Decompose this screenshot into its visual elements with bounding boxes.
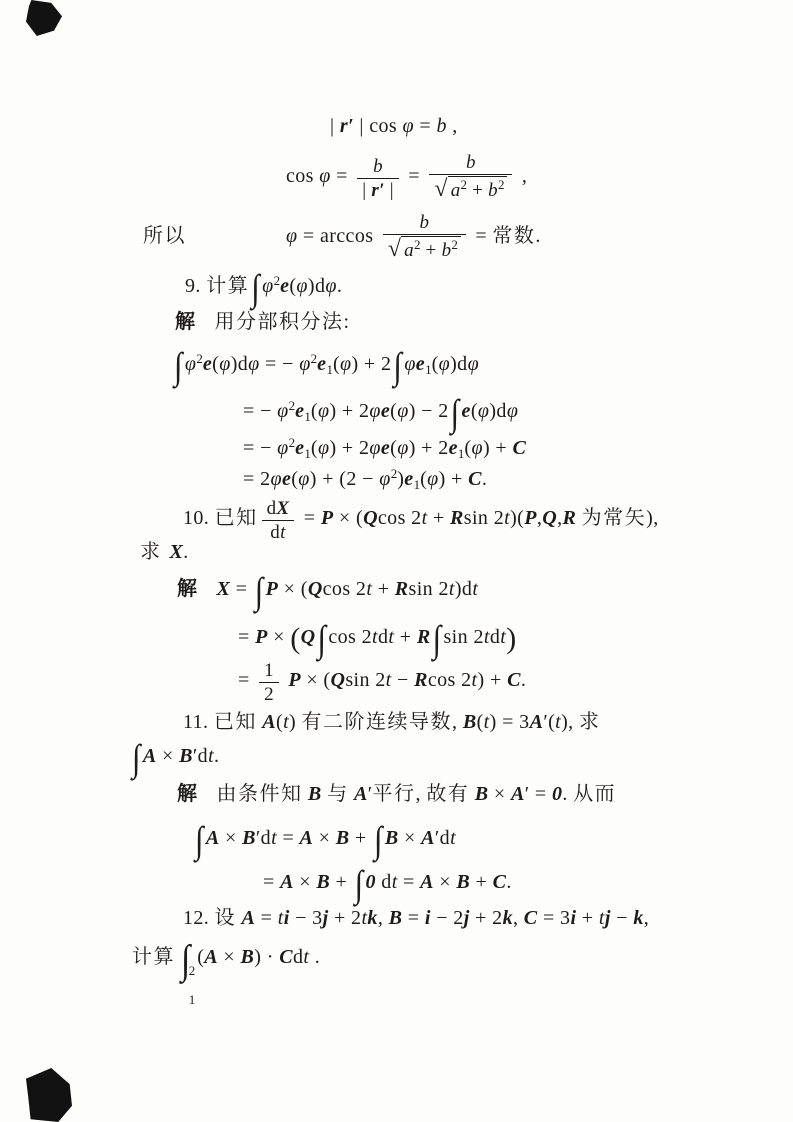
math-text: + 2 bbox=[329, 907, 362, 929]
math-text: φ bbox=[478, 400, 489, 422]
fraction: dXdt bbox=[262, 498, 295, 544]
fraction: 12 bbox=[259, 660, 279, 706]
math-text: 0 bbox=[365, 871, 375, 893]
math-text: C bbox=[524, 907, 538, 929]
math-text: d bbox=[378, 626, 388, 648]
math-text: 10. bbox=[183, 507, 215, 529]
math-text: = bbox=[403, 165, 425, 187]
math-text: cos 2 bbox=[328, 626, 372, 648]
math-text: e bbox=[203, 353, 212, 375]
math-text: . bbox=[309, 946, 320, 968]
cjk-text: 计算 bbox=[206, 275, 249, 297]
math-text: = bbox=[331, 165, 353, 187]
math-text: e bbox=[381, 437, 390, 459]
math-text: ) + (2 − bbox=[310, 468, 379, 490]
math-text: e bbox=[280, 275, 289, 297]
math-text: 9. bbox=[185, 275, 206, 297]
math-text: ) + 2 bbox=[409, 437, 449, 459]
math-text: φ bbox=[296, 275, 307, 297]
math-text: B bbox=[242, 827, 256, 849]
math-text: . bbox=[562, 783, 573, 805]
integral-sign: ∫ bbox=[374, 821, 383, 859]
cjk-text: 有二阶连续导数 bbox=[302, 711, 453, 733]
math-text: = − bbox=[243, 437, 277, 459]
math-text: b bbox=[442, 240, 452, 261]
math-text: ( bbox=[471, 400, 478, 422]
superscript: 2 bbox=[498, 177, 505, 192]
math-text: × bbox=[220, 827, 242, 849]
formula-line: = A × B + ∫0 dt = A × B + C. bbox=[263, 868, 512, 899]
formula-line: ∫φ2e(φ)dφ = − φ2e1(φ) + 2∫φe1(φ)dφ bbox=[172, 350, 479, 381]
math-text: sin 2 bbox=[464, 507, 504, 529]
math-text: ( bbox=[311, 400, 318, 422]
math-text: − 2 bbox=[431, 907, 464, 929]
cjk-text: 计算 bbox=[132, 946, 175, 968]
cjk-text: 求 bbox=[140, 541, 162, 563]
math-text: φ bbox=[403, 115, 414, 137]
math-text: = bbox=[398, 871, 420, 893]
math-text: × ( bbox=[301, 669, 331, 691]
math-text: P bbox=[255, 626, 268, 648]
fraction-numerator: b bbox=[383, 212, 466, 235]
math-text: d bbox=[270, 522, 280, 543]
math-text: r′ bbox=[340, 115, 354, 137]
math-text: φ bbox=[404, 353, 415, 375]
math-text: = − bbox=[243, 400, 277, 422]
math-text: ) bbox=[289, 711, 301, 733]
integral-sign: ∫ bbox=[451, 394, 460, 432]
scanned-page: | r′ | cos φ = b ,cos φ = b| r′ | = b√a2… bbox=[0, 0, 793, 1122]
math-text: e bbox=[282, 468, 291, 490]
math-text: t bbox=[280, 522, 286, 543]
formula-line: = − φ2e1(φ) + 2φe(φ) + 2e1(φ) + C bbox=[243, 435, 526, 462]
fraction: b| r′ | bbox=[357, 156, 399, 202]
integral-sign: ∫ bbox=[255, 572, 264, 610]
math-text: | bbox=[362, 180, 371, 201]
math-text: ) · bbox=[254, 946, 279, 968]
math-text: . bbox=[535, 225, 540, 247]
math-text: cos bbox=[286, 165, 319, 187]
math-text: ) + 2 bbox=[329, 400, 369, 422]
cjk-text: 故有 bbox=[426, 783, 469, 805]
math-text: φ bbox=[286, 225, 297, 247]
formula-line: 计算∫21(A × B) · Cdt . bbox=[132, 944, 320, 1006]
math-text: = bbox=[230, 578, 252, 600]
math-text: φ bbox=[340, 353, 351, 375]
math-text: ( bbox=[432, 353, 439, 375]
math-text: . bbox=[521, 669, 526, 691]
math-text: = bbox=[470, 225, 492, 247]
math-text: B bbox=[385, 827, 399, 849]
math-text: − 3 bbox=[290, 907, 323, 929]
math-text: k bbox=[503, 907, 513, 929]
math-text: = bbox=[255, 907, 277, 929]
integral-sign: ∫ bbox=[317, 620, 326, 658]
math-text: = 2 bbox=[243, 468, 270, 490]
formula-line: 解由条件知 B 与 A′平行, 故有 B × A′ = 0. 从而 bbox=[177, 782, 616, 807]
math-text: B bbox=[463, 711, 477, 733]
cjk-text: 解 bbox=[177, 783, 199, 805]
math-text: B bbox=[179, 745, 193, 767]
math-text: ( bbox=[477, 711, 484, 733]
math-text: )( bbox=[510, 507, 524, 529]
math-text: × bbox=[399, 827, 421, 849]
math-text: t bbox=[472, 578, 478, 600]
cjk-text: 常数 bbox=[492, 225, 535, 247]
math-text: ) + bbox=[439, 468, 469, 490]
math-text: A bbox=[511, 783, 525, 805]
cjk-text: 设 bbox=[215, 907, 237, 929]
math-text: cos 2 bbox=[428, 669, 472, 691]
math-text: Q bbox=[301, 626, 316, 648]
math-text: Q bbox=[308, 578, 323, 600]
math-text: φ bbox=[369, 437, 380, 459]
math-text: φ bbox=[219, 353, 230, 375]
math-text: B bbox=[241, 946, 255, 968]
math-text: cos 2 bbox=[323, 578, 367, 600]
math-text: C bbox=[507, 669, 521, 691]
math-text: , bbox=[452, 711, 463, 733]
math-text: ′( bbox=[543, 711, 555, 733]
math-text: a bbox=[404, 240, 414, 261]
math-text: R bbox=[450, 507, 464, 529]
math-text: b bbox=[436, 115, 446, 137]
math-text: B bbox=[316, 871, 330, 893]
formula-line: 解X = ∫P × (Qcos 2t + Rsin 2t)dt bbox=[177, 575, 478, 606]
math-text: . bbox=[214, 745, 219, 767]
math-text: e bbox=[404, 468, 413, 490]
math-text: P bbox=[266, 578, 279, 600]
math-text: ′d bbox=[435, 827, 450, 849]
math-text: | bbox=[385, 180, 394, 201]
math-text: φ bbox=[318, 400, 329, 422]
radicand: a2 + b2 bbox=[401, 236, 461, 261]
cjk-text: 与 bbox=[327, 783, 349, 805]
math-text: ( bbox=[333, 353, 340, 375]
math-text: | cos bbox=[354, 115, 402, 137]
math-text: A bbox=[280, 871, 294, 893]
formula-line: ∫A × B′dt. bbox=[130, 742, 219, 773]
math-text: )d bbox=[489, 400, 506, 422]
math-text: A bbox=[421, 827, 435, 849]
math-text: d bbox=[267, 498, 277, 519]
cjk-text: 用分部积分法: bbox=[215, 311, 351, 333]
big-paren: ( bbox=[290, 622, 300, 655]
cjk-text: 已知 bbox=[215, 507, 258, 529]
math-text: = 3 bbox=[538, 907, 571, 929]
math-text: e bbox=[416, 353, 425, 375]
math-text: , bbox=[516, 165, 527, 187]
math-text: C bbox=[468, 468, 482, 490]
math-text: × bbox=[313, 827, 335, 849]
math-text: t bbox=[450, 827, 456, 849]
formula-line: 10. 已知dXdt = P × (Qcos 2t + Rsin 2t)(P,Q… bbox=[183, 498, 659, 544]
math-text: ) − 2 bbox=[409, 400, 449, 422]
math-text: − bbox=[611, 907, 633, 929]
math-text: b bbox=[466, 152, 476, 173]
math-text: C bbox=[493, 871, 507, 893]
fraction-numerator: b bbox=[357, 156, 399, 179]
math-text: × ( bbox=[278, 578, 308, 600]
math-text: R bbox=[414, 669, 428, 691]
integral-sign: ∫ bbox=[251, 269, 260, 307]
math-text: a bbox=[451, 180, 461, 201]
math-text: Q bbox=[542, 507, 557, 529]
math-text: X bbox=[276, 498, 289, 519]
math-text: b bbox=[488, 180, 498, 201]
math-text: B bbox=[308, 783, 322, 805]
math-text: C bbox=[279, 946, 293, 968]
math-text: × bbox=[294, 871, 316, 893]
math-text: = arccos bbox=[297, 225, 378, 247]
math-text: φ bbox=[299, 353, 310, 375]
math-text: A bbox=[300, 827, 314, 849]
math-text: B bbox=[389, 907, 403, 929]
math-text: Q bbox=[330, 669, 345, 691]
math-text: + bbox=[394, 626, 416, 648]
math-text: A bbox=[354, 783, 368, 805]
math-text: R bbox=[417, 626, 431, 648]
math-text: φ bbox=[369, 400, 380, 422]
fraction-numerator: b bbox=[429, 152, 512, 175]
math-text: + bbox=[467, 180, 488, 201]
cjk-text: 解 bbox=[177, 578, 199, 600]
math-text: = bbox=[263, 871, 280, 893]
math-text: φ bbox=[319, 165, 330, 187]
math-text: b bbox=[373, 156, 383, 177]
math-text: C bbox=[513, 437, 527, 459]
radical: √a2 + b2 bbox=[388, 236, 461, 263]
math-text: ) + bbox=[483, 437, 513, 459]
math-text: A bbox=[262, 711, 276, 733]
math-text: φ bbox=[248, 353, 259, 375]
math-text: . bbox=[337, 275, 342, 297]
math-text: = bbox=[277, 827, 299, 849]
math-text: + bbox=[428, 507, 450, 529]
math-text: φ bbox=[507, 400, 518, 422]
math-text: d bbox=[376, 871, 392, 893]
math-text: = bbox=[238, 669, 255, 691]
lower-limit: 1 bbox=[189, 993, 196, 1006]
formula-line: 解用分部积分法: bbox=[175, 310, 351, 335]
math-text: k bbox=[367, 907, 377, 929]
fraction-denominator: | r′ | bbox=[357, 179, 399, 201]
math-text: A bbox=[204, 946, 218, 968]
math-text: ′ = bbox=[525, 783, 552, 805]
math-text: A bbox=[420, 871, 434, 893]
math-text: ), bbox=[561, 711, 579, 733]
math-text: b bbox=[419, 212, 429, 233]
math-text: . bbox=[506, 871, 511, 893]
math-text: X bbox=[170, 541, 184, 563]
math-text: + bbox=[470, 871, 492, 893]
math-text: × bbox=[218, 946, 240, 968]
radicand: a2 + b2 bbox=[448, 176, 508, 201]
math-text: φ bbox=[298, 468, 309, 490]
math-text: B bbox=[336, 827, 350, 849]
superscript: 2 bbox=[451, 237, 458, 252]
math-text: + bbox=[350, 827, 372, 849]
fraction: b√a2 + b2 bbox=[429, 152, 512, 203]
math-text: , bbox=[378, 907, 389, 929]
math-text: + bbox=[330, 871, 352, 893]
math-text: φ bbox=[318, 437, 329, 459]
radical: √a2 + b2 bbox=[434, 176, 507, 203]
math-text: + bbox=[372, 578, 394, 600]
math-text: = − bbox=[260, 353, 300, 375]
math-text: × bbox=[434, 871, 456, 893]
math-text: d bbox=[293, 946, 303, 968]
formula-line: 求X. bbox=[140, 540, 189, 565]
integral-sign: ∫ bbox=[355, 865, 364, 903]
cjk-text: 平行 bbox=[373, 783, 416, 805]
integral-sign: ∫ bbox=[132, 739, 141, 777]
math-text: , bbox=[447, 115, 458, 137]
integral-sign: ∫ bbox=[433, 620, 442, 658]
math-text: φ bbox=[325, 275, 336, 297]
math-text: e bbox=[381, 400, 390, 422]
math-text: B bbox=[475, 783, 489, 805]
math-text: = bbox=[298, 507, 320, 529]
math-text: d bbox=[490, 626, 500, 648]
math-text: × ( bbox=[334, 507, 364, 529]
definite-integral-sign: ∫21 bbox=[181, 944, 195, 1006]
fraction-denominator: √a2 + b2 bbox=[429, 175, 512, 203]
math-text: ′d bbox=[256, 827, 271, 849]
integral-sign: ∫ bbox=[181, 941, 191, 982]
math-text: ) + 2 bbox=[351, 353, 391, 375]
math-text: sin 2 bbox=[444, 626, 484, 648]
math-text: + 2 bbox=[470, 907, 503, 929]
math-text: × bbox=[268, 626, 290, 648]
math-text: φ bbox=[277, 400, 288, 422]
scan-blot-bottom-left bbox=[26, 1068, 72, 1122]
math-text: A bbox=[143, 745, 157, 767]
math-text: φ bbox=[397, 400, 408, 422]
math-text: ′d bbox=[193, 745, 208, 767]
math-text: A bbox=[242, 907, 256, 929]
math-text: × bbox=[157, 745, 179, 767]
math-text: φ bbox=[277, 437, 288, 459]
radical-sign: √ bbox=[434, 176, 447, 202]
math-text: R bbox=[395, 578, 409, 600]
formula-line: 11. 已知 A(t) 有二阶连续导数, B(t) = 3A′(t), 求 bbox=[183, 710, 601, 735]
scan-blot-top-left bbox=[26, 0, 62, 36]
math-text: − bbox=[392, 669, 414, 691]
math-text: φ bbox=[379, 468, 390, 490]
fraction-denominator: dt bbox=[262, 521, 295, 543]
cjk-text: 从而 bbox=[573, 783, 616, 805]
math-text: φ bbox=[471, 437, 482, 459]
fraction: b√a2 + b2 bbox=[383, 212, 466, 263]
integral-sign: ∫ bbox=[195, 821, 204, 859]
math-text: φ bbox=[427, 468, 438, 490]
math-text: 1 bbox=[264, 660, 274, 681]
big-paren: ) bbox=[506, 622, 516, 655]
math-text: r′ bbox=[371, 180, 384, 201]
formula-line: cos φ = b| r′ | = b√a2 + b2 , bbox=[286, 152, 527, 203]
math-text: , bbox=[416, 783, 427, 805]
formula-line: = 2φe(φ) + (2 − φ2)e1(φ) + C. bbox=[243, 466, 487, 493]
formula-line: = P × (Q∫cos 2tdt + R∫sin 2tdt) bbox=[238, 620, 517, 658]
math-text: cos 2 bbox=[378, 507, 422, 529]
math-text: 0 bbox=[552, 783, 562, 805]
fraction-numerator: 1 bbox=[259, 660, 279, 683]
math-text: )d bbox=[450, 353, 467, 375]
math-text: k bbox=[633, 907, 643, 929]
math-text: × bbox=[488, 783, 510, 805]
math-text: + bbox=[420, 240, 441, 261]
formula-line: 12. 设 A = ti − 3j + 2tk, B = i − 2j + 2k… bbox=[183, 906, 649, 931]
math-text: = bbox=[238, 626, 255, 648]
math-text: e bbox=[462, 400, 471, 422]
math-text: φ bbox=[262, 275, 273, 297]
math-text: ( bbox=[311, 437, 318, 459]
fraction-denominator: √a2 + b2 bbox=[383, 235, 466, 263]
math-text: R bbox=[563, 507, 577, 529]
math-text: P bbox=[524, 507, 537, 529]
math-text: X bbox=[217, 578, 231, 600]
math-text: , bbox=[644, 907, 649, 929]
math-text: + bbox=[576, 907, 598, 929]
formula-line: ∫A × B′dt = A × B + ∫B × A′dt bbox=[193, 824, 456, 855]
integral-sign: ∫ bbox=[393, 347, 402, 385]
math-text: B bbox=[456, 871, 470, 893]
math-text: )d bbox=[455, 578, 472, 600]
math-text: e bbox=[449, 437, 458, 459]
math-text: P bbox=[288, 669, 301, 691]
cjk-text: 由条件知 bbox=[217, 783, 303, 805]
math-text: φ bbox=[468, 353, 479, 375]
math-text: = bbox=[414, 115, 436, 137]
math-text: φ bbox=[439, 353, 450, 375]
integral-sign: ∫ bbox=[174, 347, 183, 385]
cjk-text: 为常矢 bbox=[582, 507, 647, 529]
math-text: = bbox=[402, 907, 424, 929]
math-text: ) + 2 bbox=[329, 437, 369, 459]
math-text: Q bbox=[363, 507, 378, 529]
math-text: 11. bbox=[183, 711, 214, 733]
math-text: φ bbox=[270, 468, 281, 490]
math-text: φ bbox=[397, 437, 408, 459]
math-text: 2 bbox=[264, 684, 274, 705]
radical-sign: √ bbox=[388, 236, 401, 262]
math-text: A bbox=[530, 711, 544, 733]
math-text: )d bbox=[231, 353, 248, 375]
math-text: . bbox=[482, 468, 487, 490]
cjk-text: 求 bbox=[579, 711, 601, 733]
formula-line: | r′ | cos φ = b , bbox=[330, 114, 458, 139]
fraction-numerator: dX bbox=[262, 498, 295, 521]
math-text: )d bbox=[308, 275, 325, 297]
math-text: ) + bbox=[478, 669, 508, 691]
formula-line: 9. 计算∫φ2e(φ)dφ. bbox=[185, 272, 342, 303]
cjk-text: 已知 bbox=[214, 711, 257, 733]
cjk-text: 解 bbox=[175, 311, 197, 333]
cjk-text: 所以 bbox=[143, 225, 186, 247]
math-text: . bbox=[183, 541, 188, 563]
math-text: P bbox=[321, 507, 334, 529]
math-text: sin 2 bbox=[345, 669, 385, 691]
math-text: ) = 3 bbox=[490, 711, 530, 733]
math-text: A bbox=[206, 827, 220, 849]
math-text: sin 2 bbox=[409, 578, 449, 600]
fraction-denominator: 2 bbox=[259, 683, 279, 705]
formula-line: = 12 P × (Qsin 2t − Rcos 2t) + C. bbox=[238, 660, 526, 706]
math-text: ), bbox=[646, 507, 658, 529]
math-text: | bbox=[330, 115, 340, 137]
math-text: , bbox=[513, 907, 524, 929]
